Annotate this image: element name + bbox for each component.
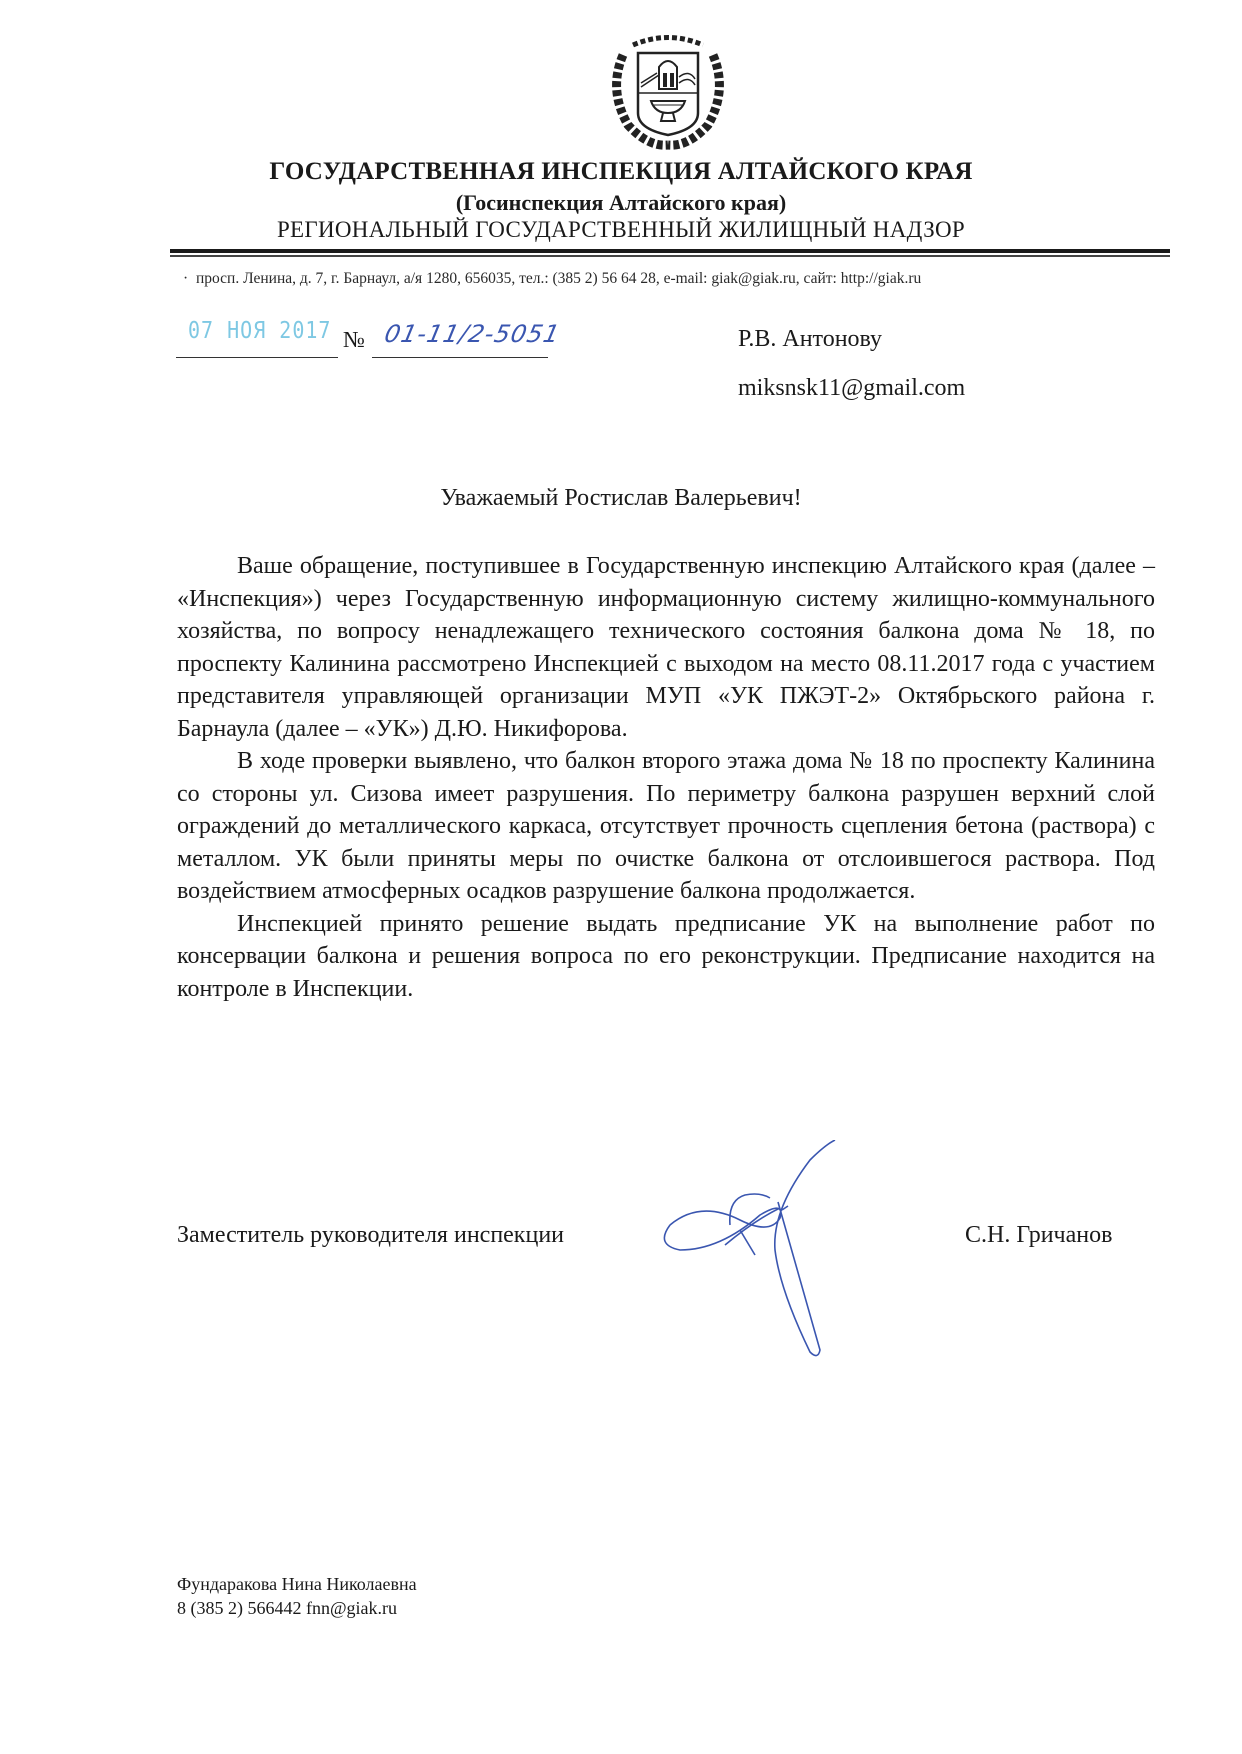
- number-sign: №: [343, 327, 365, 353]
- organization-address: · просп. Ленина, д. 7, г. Барнаул, а/я 1…: [196, 270, 921, 288]
- address-text: просп. Ленина, д. 7, г. Барнаул, а/я 128…: [196, 270, 921, 287]
- outgoing-number: 01-11/2-5051: [382, 320, 563, 348]
- handwritten-signature-icon: [660, 1140, 920, 1380]
- executor-contact: 8 (385 2) 566442 fnn@giak.ru: [177, 1598, 397, 1619]
- recipient-name: Р.В. Антонову: [738, 326, 882, 353]
- executor-name: Фундаракова Нина Николаевна: [177, 1574, 417, 1595]
- division-name: РЕГИОНАЛЬНЫЙ ГОСУДАРСТВЕННЫЙ ЖИЛИЩНЫЙ НА…: [0, 217, 1242, 243]
- paragraph: В ходе проверки выявлено, что балкон вто…: [177, 745, 1155, 908]
- header-divider: [170, 249, 1170, 253]
- signatory-name: С.Н. Гричанов: [965, 1222, 1112, 1249]
- paragraph: Инспекцией принято решение выдать предпи…: [177, 908, 1155, 1006]
- organization-short-name: (Госинспекция Алтайского края): [0, 190, 1242, 216]
- greeting: Уважаемый Ростислав Валерьевич!: [0, 485, 1242, 512]
- paragraph: Ваше обращение, поступившее в Государств…: [177, 550, 1155, 745]
- coat-of-arms-icon: [603, 25, 733, 153]
- organization-title: ГОСУДАРСТВЕННАЯ ИНСПЕКЦИЯ АЛТАЙСКОГО КРА…: [0, 158, 1242, 186]
- number-underline: [372, 357, 548, 358]
- letter-body: Ваше обращение, поступившее в Государств…: [177, 550, 1155, 1005]
- header-divider-thin: [170, 255, 1170, 257]
- date-stamp: 07 НОЯ 2017: [188, 316, 331, 344]
- signatory-position: Заместитель руководителя инспекции: [177, 1222, 564, 1249]
- bullet-icon: ·: [183, 270, 188, 288]
- recipient-email: miksnsk11@gmail.com: [738, 375, 965, 402]
- date-underline: [176, 357, 338, 358]
